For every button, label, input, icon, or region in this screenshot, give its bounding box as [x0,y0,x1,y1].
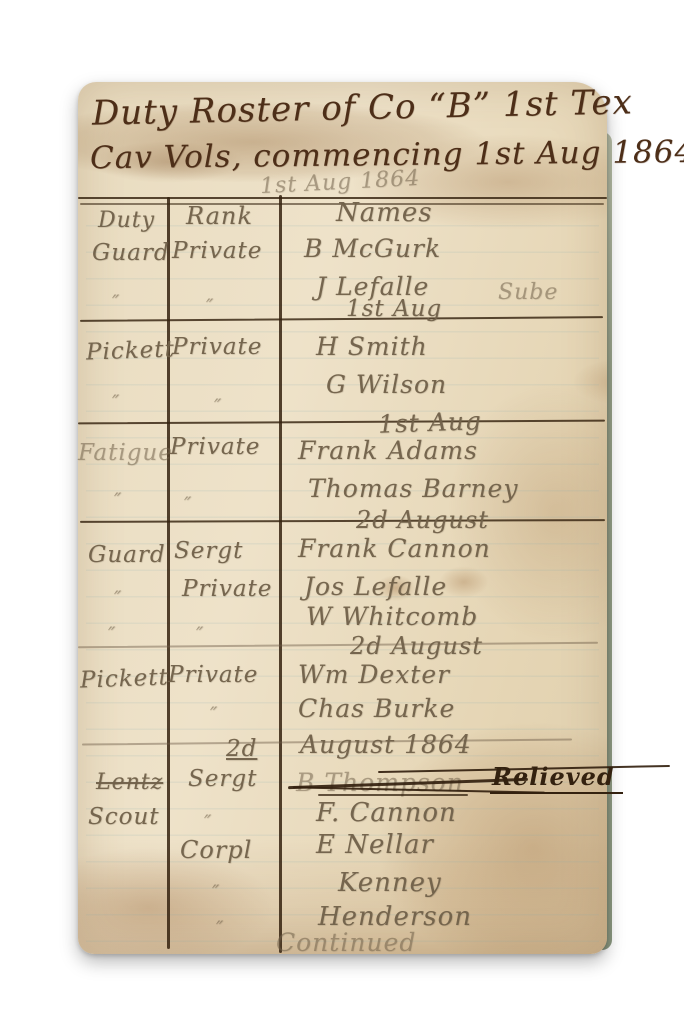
strikethrough-stroke [318,794,468,796]
ditto-mark: ″ [214,394,222,418]
ditto-mark: ″ [112,390,120,414]
ditto-mark: ″ [114,586,122,610]
section-date: 1st Aug [346,296,442,322]
ditto-mark: ″ [184,492,192,516]
page-title-line1: Duty Roster of Co “B” 1st Tex [92,82,634,133]
table-column-line [279,195,282,953]
cell-rank: Private [170,434,260,460]
cell-rank: Sergt [174,538,243,564]
continued-label: Continued [276,928,416,957]
table-row-line [80,519,605,523]
table-row-line [80,316,603,322]
ditto-mark: ″ [204,810,212,834]
cell-note: Sube [498,280,558,305]
column-header-duty: Duty [98,208,155,233]
table-column-line [167,197,170,949]
section-date: 2d August [356,506,489,534]
cell-name: F. Cannon [316,798,457,828]
cell-rank: Private [182,576,272,602]
ditto-mark: ″ [212,880,220,904]
cell-rank: Private [172,334,262,360]
cell-duty: Fatigue [78,440,173,466]
section-date: 2d August [350,632,483,660]
cell-rank: Private [172,238,262,264]
cell-name: Thomas Barney [308,474,518,503]
cell-duty: Pickett [86,336,176,365]
column-header-rank: Rank [186,202,253,230]
cell-name: H Smith [316,332,428,361]
cell-name: W Whitcomb [306,602,478,631]
column-header-names: Names [336,198,433,228]
cell-name: B McGurk [304,234,441,263]
ditto-mark: ″ [114,488,122,512]
cell-rank: Sergt [188,766,257,792]
cell-name: Chas Burke [298,694,455,723]
section-date: August 1864 [300,730,472,759]
roster-page: Duty Roster of Co “B” 1st Tex Cav Vols, … [78,82,607,954]
ditto-mark: ″ [196,622,204,646]
cell-duty: Pickett [80,664,170,693]
cell-name: Frank Cannon [298,534,491,563]
section-date: 1st Aug [378,406,483,439]
cell-name: E Nellar [316,830,434,860]
cell-name: Wm Dexter [298,660,450,689]
relieved-annotation: Relieved [490,762,623,794]
book-edge [602,132,612,950]
table-row-line-pencil [78,642,598,649]
ditto-mark: ″ [206,294,214,318]
cell-rank: Corpl [180,836,252,864]
cell-duty: Guard [88,542,166,568]
table-row-line [78,420,605,425]
cell-name: G Wilson [326,370,447,399]
cell-name: Kenney [338,868,442,898]
cell-duty: Guard [92,240,170,266]
ditto-mark: ″ [108,622,116,646]
ditto-mark: ″ [210,702,218,726]
section-date-prefix: 2d [226,736,257,762]
cell-duty: Scout [88,804,160,830]
cell-duty-struck: Lentz [96,770,163,795]
cell-rank: Private [168,662,258,688]
ditto-mark: ″ [216,916,224,940]
cell-name: Jos Lefalle [304,572,447,601]
photo-background: Duty Roster of Co “B” 1st Tex Cav Vols, … [0,0,684,1024]
ditto-mark: ″ [112,290,120,314]
cell-name: Frank Adams [298,436,478,465]
